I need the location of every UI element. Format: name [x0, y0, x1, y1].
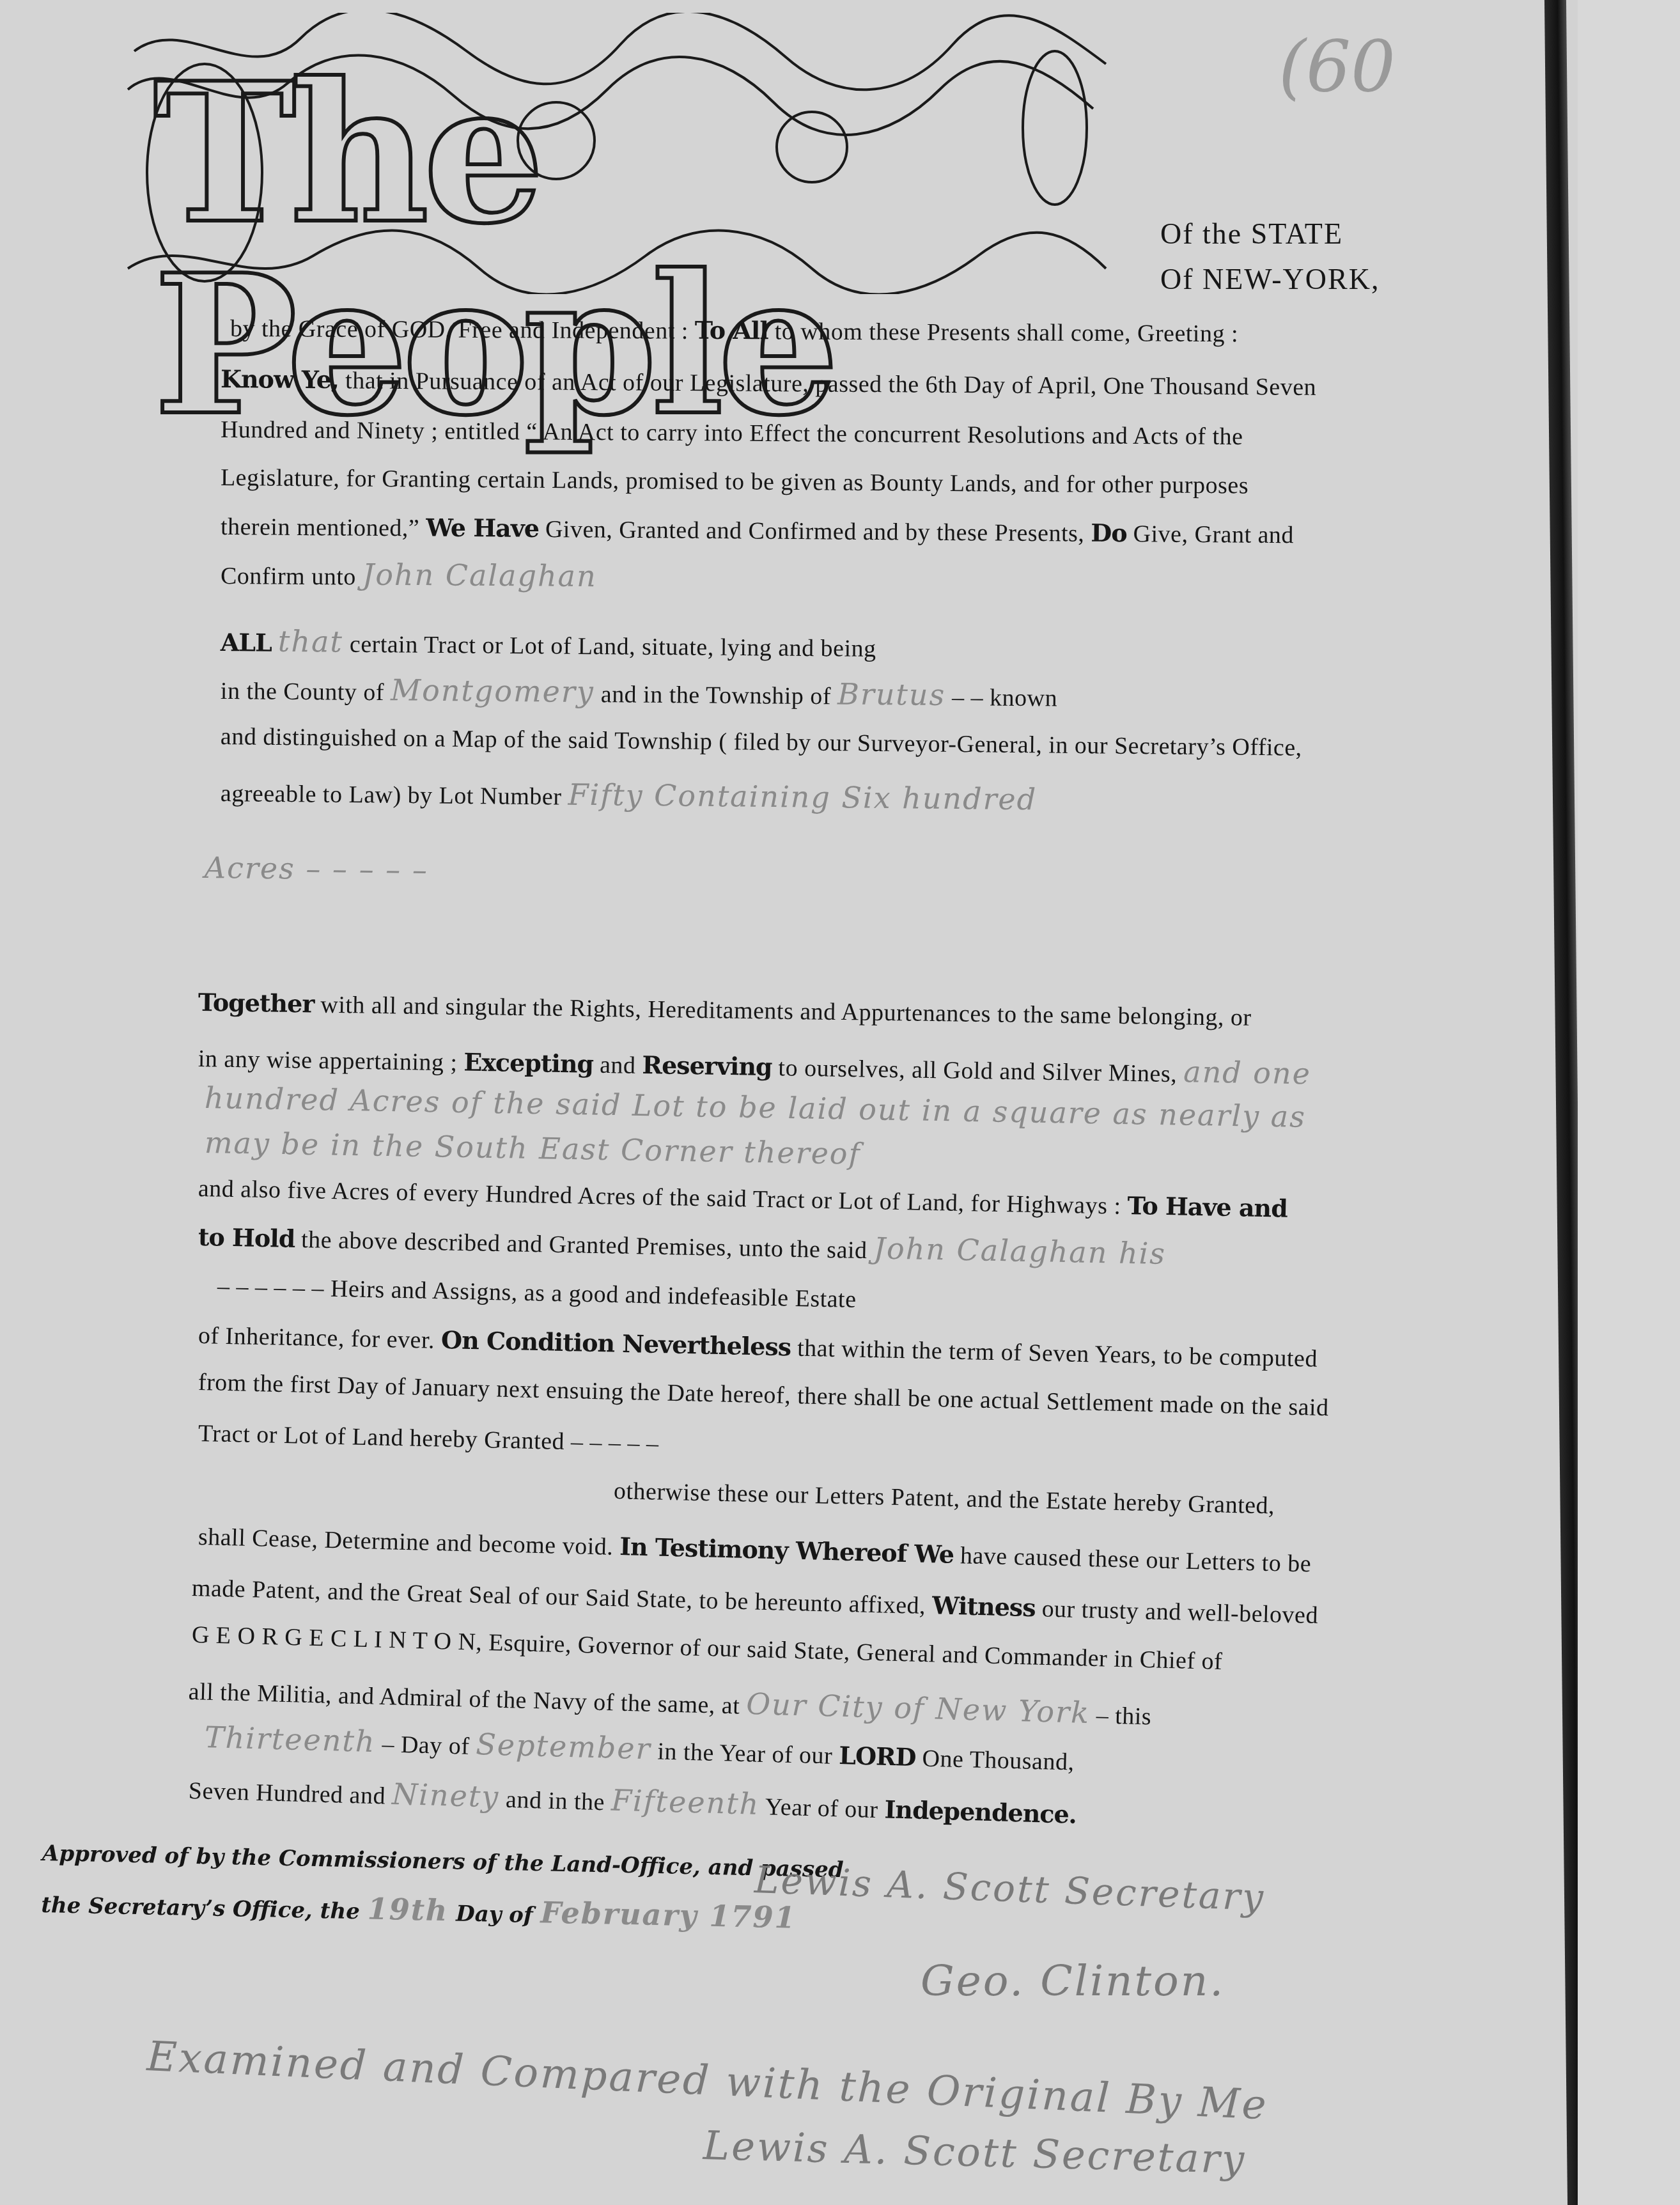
blackletter-phrase: to Hold — [198, 1222, 295, 1253]
corner-annotation: (60 — [1279, 26, 1396, 107]
handwritten-entry: Acres – – – – – — [205, 850, 428, 887]
state-heading: Of the STATE Of NEW-YORK, — [1160, 211, 1380, 302]
printed-text: Seven Hundred and — [188, 1777, 392, 1810]
printed-text — [272, 630, 278, 657]
text-line: Acres – – – – – — [205, 850, 428, 887]
printed-text: to whom these Presents shall come, Greet… — [768, 318, 1239, 347]
printed-text: Given, Granted and Confirmed and by thes… — [539, 516, 1091, 547]
blackletter-phrase: Know Ye, — [221, 364, 339, 394]
printed-text: to ourselves, all Gold and Silver Mines, — [772, 1054, 1183, 1087]
signature-governor: Geo. Clinton. — [921, 1956, 1225, 2006]
printed-text: in the County of — [221, 678, 391, 706]
printed-text: Year of our — [759, 1793, 885, 1823]
printed-text: One Thousand, — [915, 1745, 1075, 1775]
handwritten-entry: Fifteenth — [611, 1782, 760, 1821]
blackletter-phrase: Do — [1091, 518, 1127, 547]
printed-text: in any wise appertaining ; — [198, 1045, 464, 1077]
text-line: in the County of Montgomery and in the T… — [221, 671, 1058, 713]
text-line: Confirm unto John Calaghan — [221, 556, 597, 593]
handwritten-entry: Ninety — [391, 1777, 500, 1814]
blackletter-phrase: ALL — [221, 628, 272, 657]
handwritten-entry: and one — [1183, 1054, 1311, 1091]
blackletter-phrase: Witness — [932, 1591, 1036, 1622]
printed-text: – Day of — [375, 1731, 476, 1760]
handwritten-entry: September — [476, 1727, 651, 1766]
handwritten-entry: that — [278, 624, 343, 659]
handwritten-entry: Brutus — [837, 676, 946, 712]
handwritten-entry: John Calaghan — [362, 557, 597, 594]
printed-text: therein mentioned,” — [221, 513, 426, 542]
approval-day: 19th — [367, 1891, 449, 1928]
blackletter-phrase: LORD — [839, 1741, 916, 1772]
printed-text: in the Year of our — [651, 1738, 839, 1770]
text-line: ALL that certain Tract or Lot of Land, s… — [221, 623, 876, 664]
state-line-2: Of NEW-YORK, — [1160, 256, 1380, 302]
adjacent-page — [1578, 0, 1680, 2205]
printed-text: and in the Township of — [595, 681, 838, 710]
text-line: by the Grace of GOD, Free and Independen… — [230, 313, 1238, 348]
printed-text: of Inheritance, for ever. — [198, 1322, 442, 1354]
blackletter-phrase: Excepting — [463, 1048, 593, 1079]
handwritten-entry: Fifty Containing Six hundred — [568, 777, 1037, 817]
approval-prefix: the Secretary’s Office, the — [41, 1892, 360, 1924]
printed-text: – this — [1089, 1702, 1151, 1731]
handwritten-entry: Thirteenth — [204, 1720, 376, 1759]
blackletter-phrase: We Have — [426, 513, 539, 543]
blackletter-phrase: Together — [198, 988, 315, 1018]
printed-text: Give, Grant and — [1127, 520, 1295, 549]
printed-text: – – known — [945, 684, 1057, 712]
blackletter-phrase: Reserving — [642, 1050, 772, 1081]
blackletter-phrase: To Have and — [1127, 1191, 1287, 1223]
printed-text: agreeable to Law) by Lot Number — [221, 780, 568, 811]
state-line-1: Of the STATE — [1160, 211, 1380, 256]
blackletter-phrase: Independence. — [884, 1795, 1077, 1828]
printed-text: Confirm unto — [221, 563, 362, 591]
printed-text: by the Grace of GOD, Free and Independen… — [230, 315, 695, 345]
title-ornament: The People — [109, 13, 1132, 294]
handwritten-entry: Montgomery — [391, 673, 595, 709]
printed-text: and — [593, 1052, 642, 1079]
handwritten-entry: John Calaghan his — [873, 1231, 1166, 1271]
blackletter-phrase: To All — [695, 316, 768, 345]
printed-text: and in the — [499, 1786, 612, 1816]
printed-text: certain Tract or Lot of Land, situate, l… — [343, 631, 876, 662]
approval-block: Approved of by the Commissioners of the … — [41, 1833, 844, 1947]
approval-mid: Day of — [456, 1901, 533, 1928]
